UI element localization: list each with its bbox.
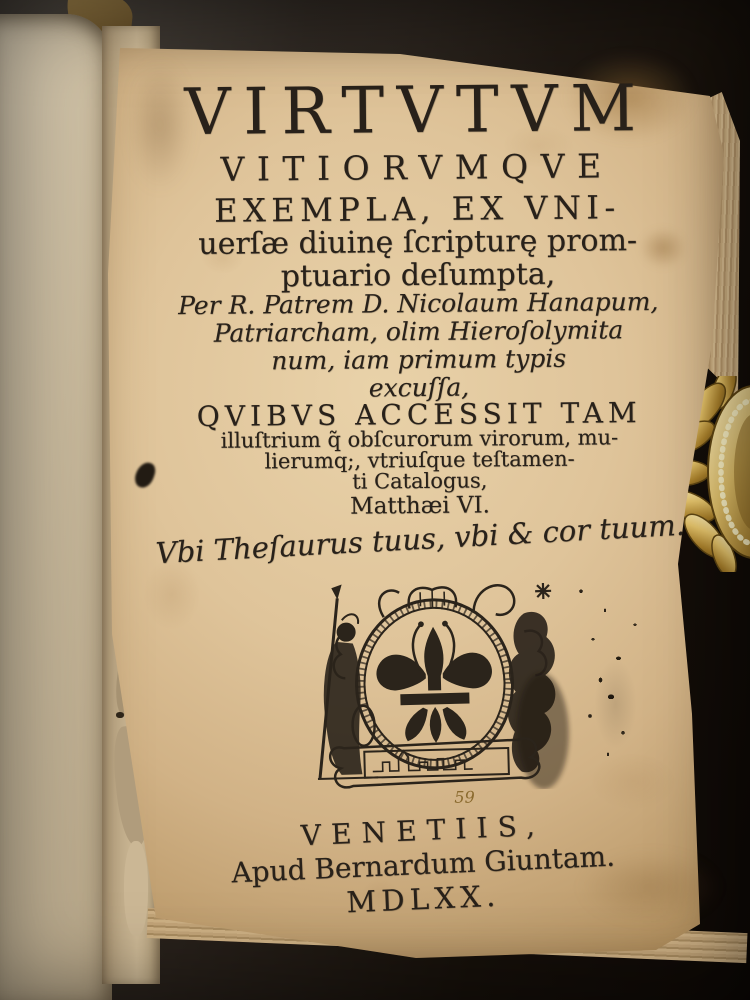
handwritten-folio-number: 59 bbox=[364, 787, 564, 808]
title-page-text: VIRTVTVM VITIORVMQVE EXEMPLA, EX VNI- ue… bbox=[116, 31, 724, 976]
vellum-cover bbox=[0, 14, 112, 1000]
star-icon bbox=[535, 583, 551, 599]
main-title: VIRTVTVM bbox=[116, 71, 717, 150]
subtitle-caps: VITIORVMQVE bbox=[117, 145, 717, 189]
printer-device-woodcut bbox=[287, 578, 582, 796]
fleur-de-lis-icon bbox=[376, 620, 494, 743]
minerva-figure-icon bbox=[313, 584, 378, 779]
photo-scene: VIRTVTVM VITIORVMQVE EXEMPLA, EX VNI- ue… bbox=[0, 0, 750, 1000]
